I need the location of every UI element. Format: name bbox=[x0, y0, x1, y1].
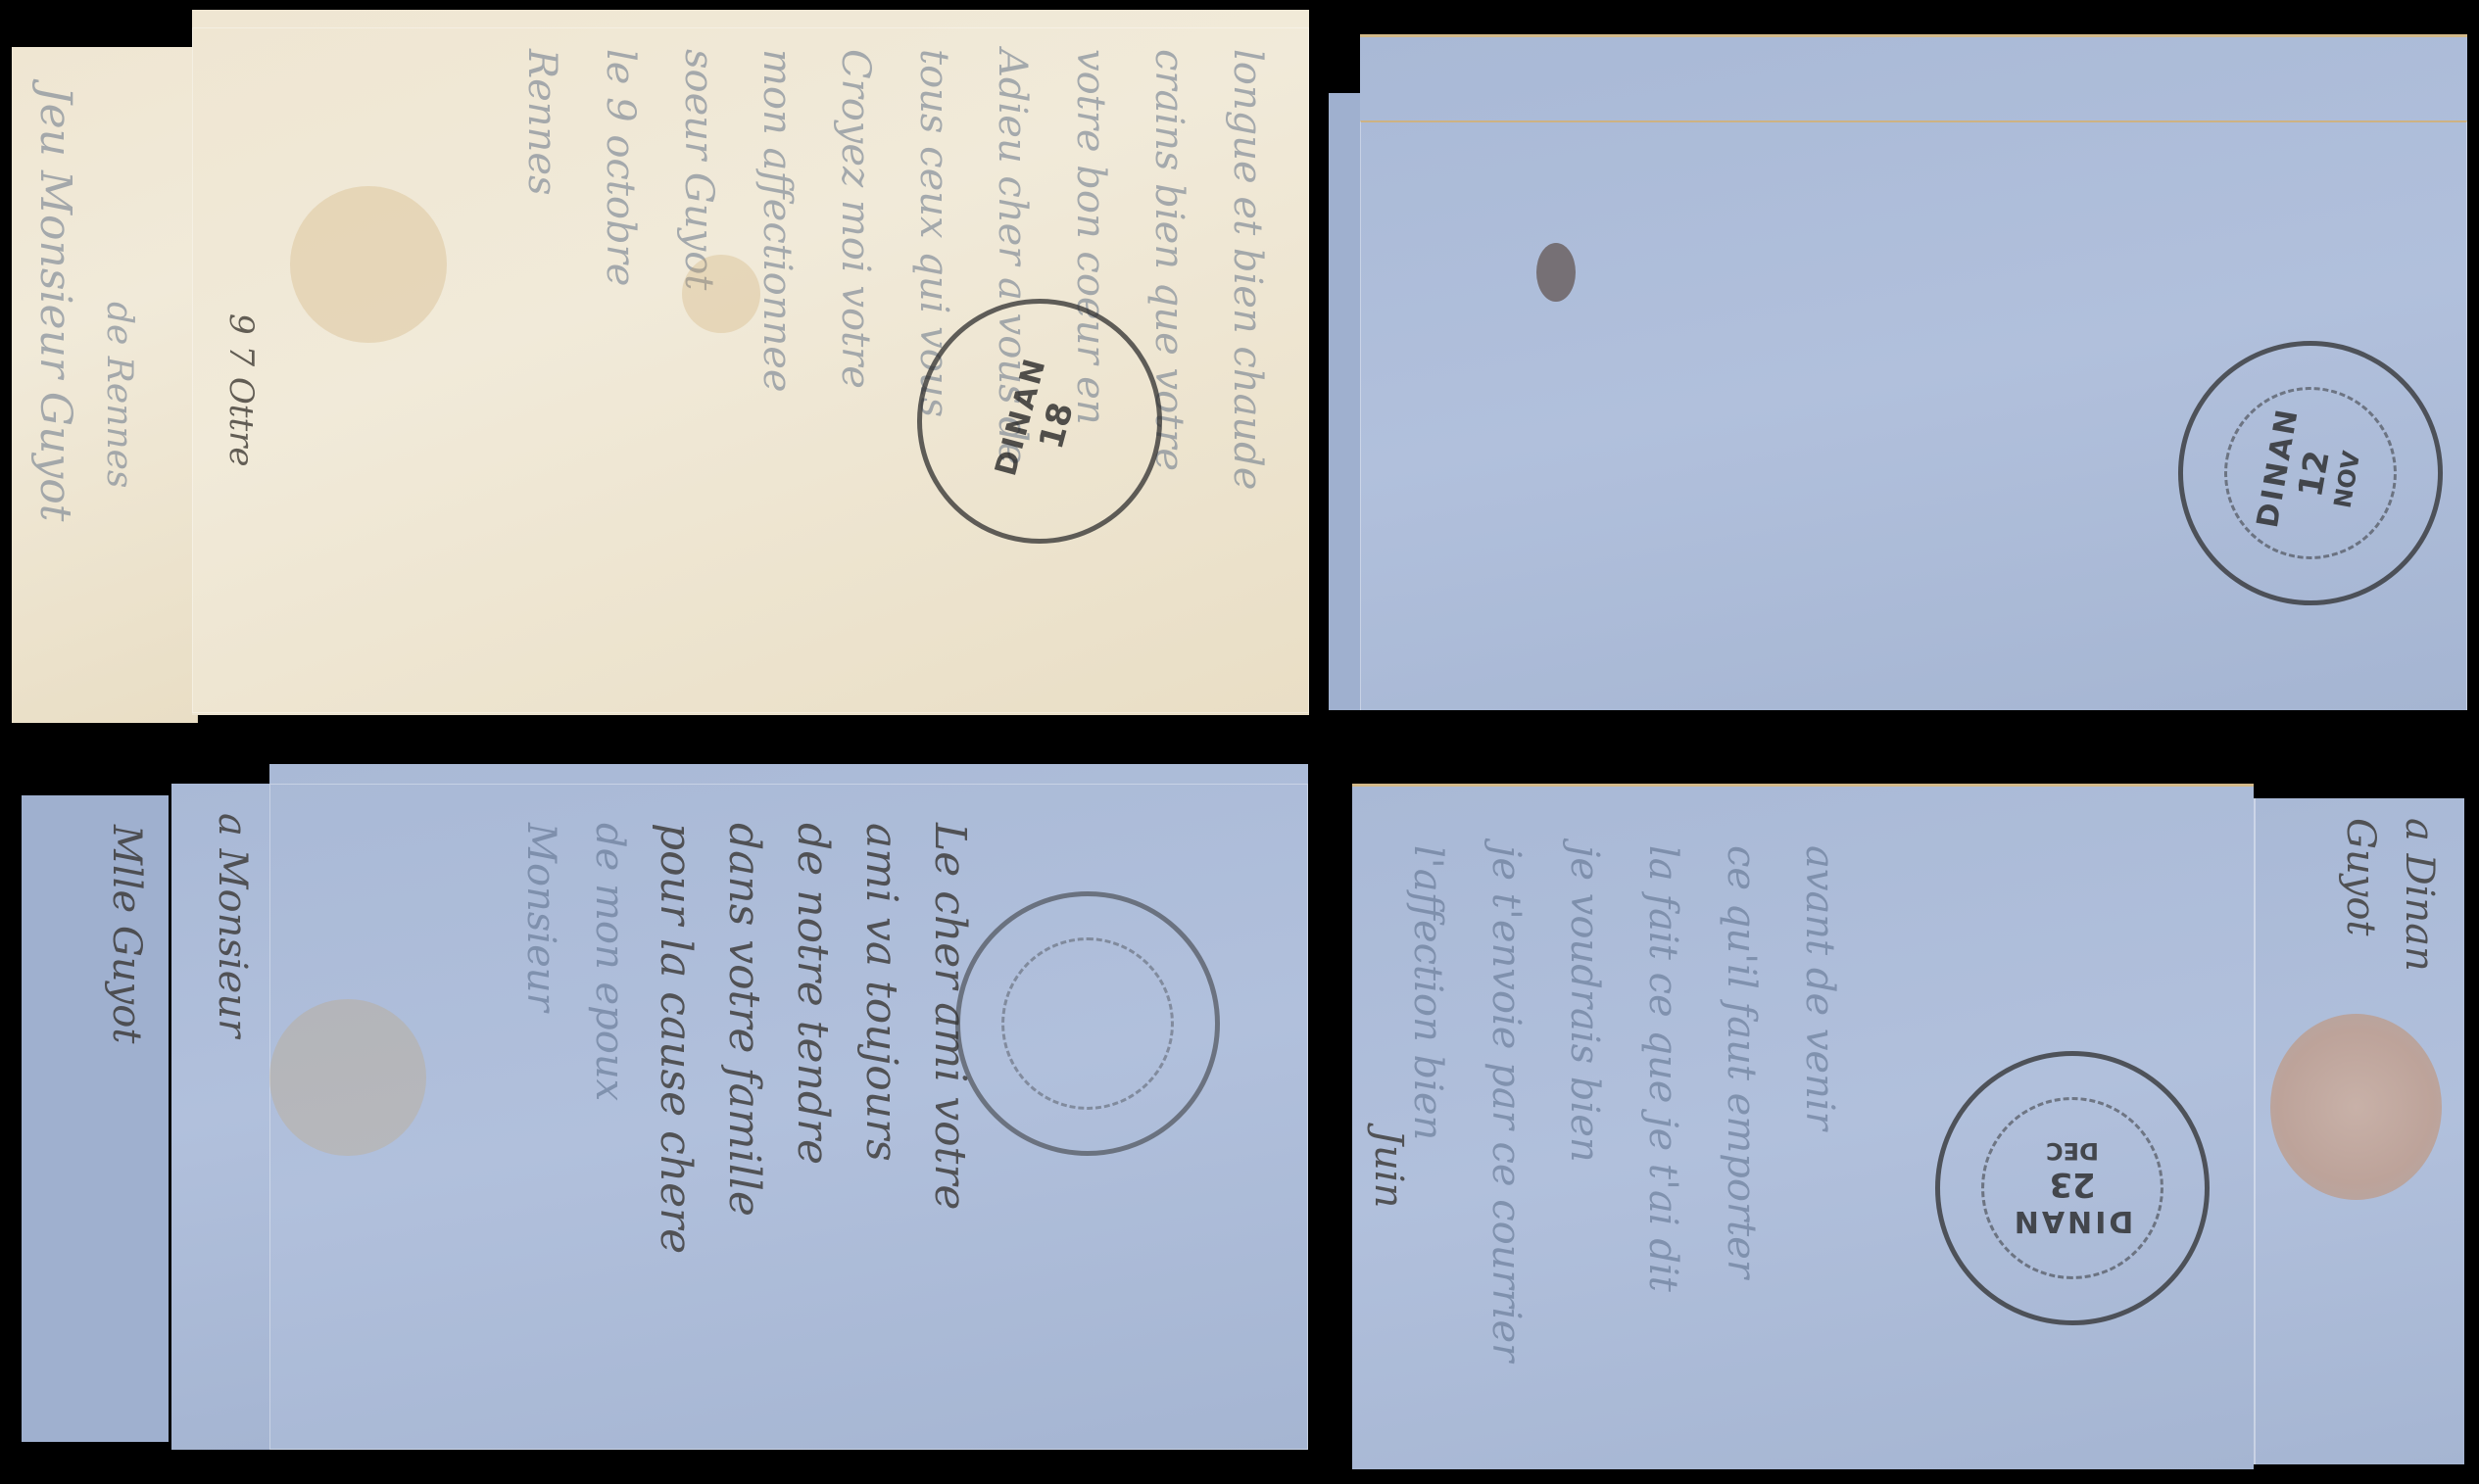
cover-bottom-right-flap: a Dinan Guyot bbox=[2254, 798, 2464, 1464]
cover-top-right: DINAN 12 NOV bbox=[1360, 34, 2467, 710]
manuscript-note: 9 7 Ottre bbox=[221, 313, 261, 466]
cover-bottom-right: l'affection bien je t'envoie par ce cour… bbox=[1352, 784, 2254, 1469]
postmark-dinan-23-dec: DINAN 23 DEC bbox=[1935, 1051, 2210, 1325]
cover-bottom-left: Le cher ami votre ami va toujours de not… bbox=[269, 764, 1308, 1450]
cover-bottom-left-back-panel: Mlle Guyot bbox=[22, 795, 169, 1442]
cover-top-left-back-panel: Jeu Monsieur Guyot de Rennes bbox=[12, 47, 198, 723]
wax-seal bbox=[2270, 1014, 2442, 1200]
postmark-illegible bbox=[955, 891, 1220, 1156]
cover-top-left: longue et bien chaude crains bien que vo… bbox=[192, 10, 1309, 715]
cover-bottom-left-panel: a Monsieur bbox=[171, 784, 269, 1450]
